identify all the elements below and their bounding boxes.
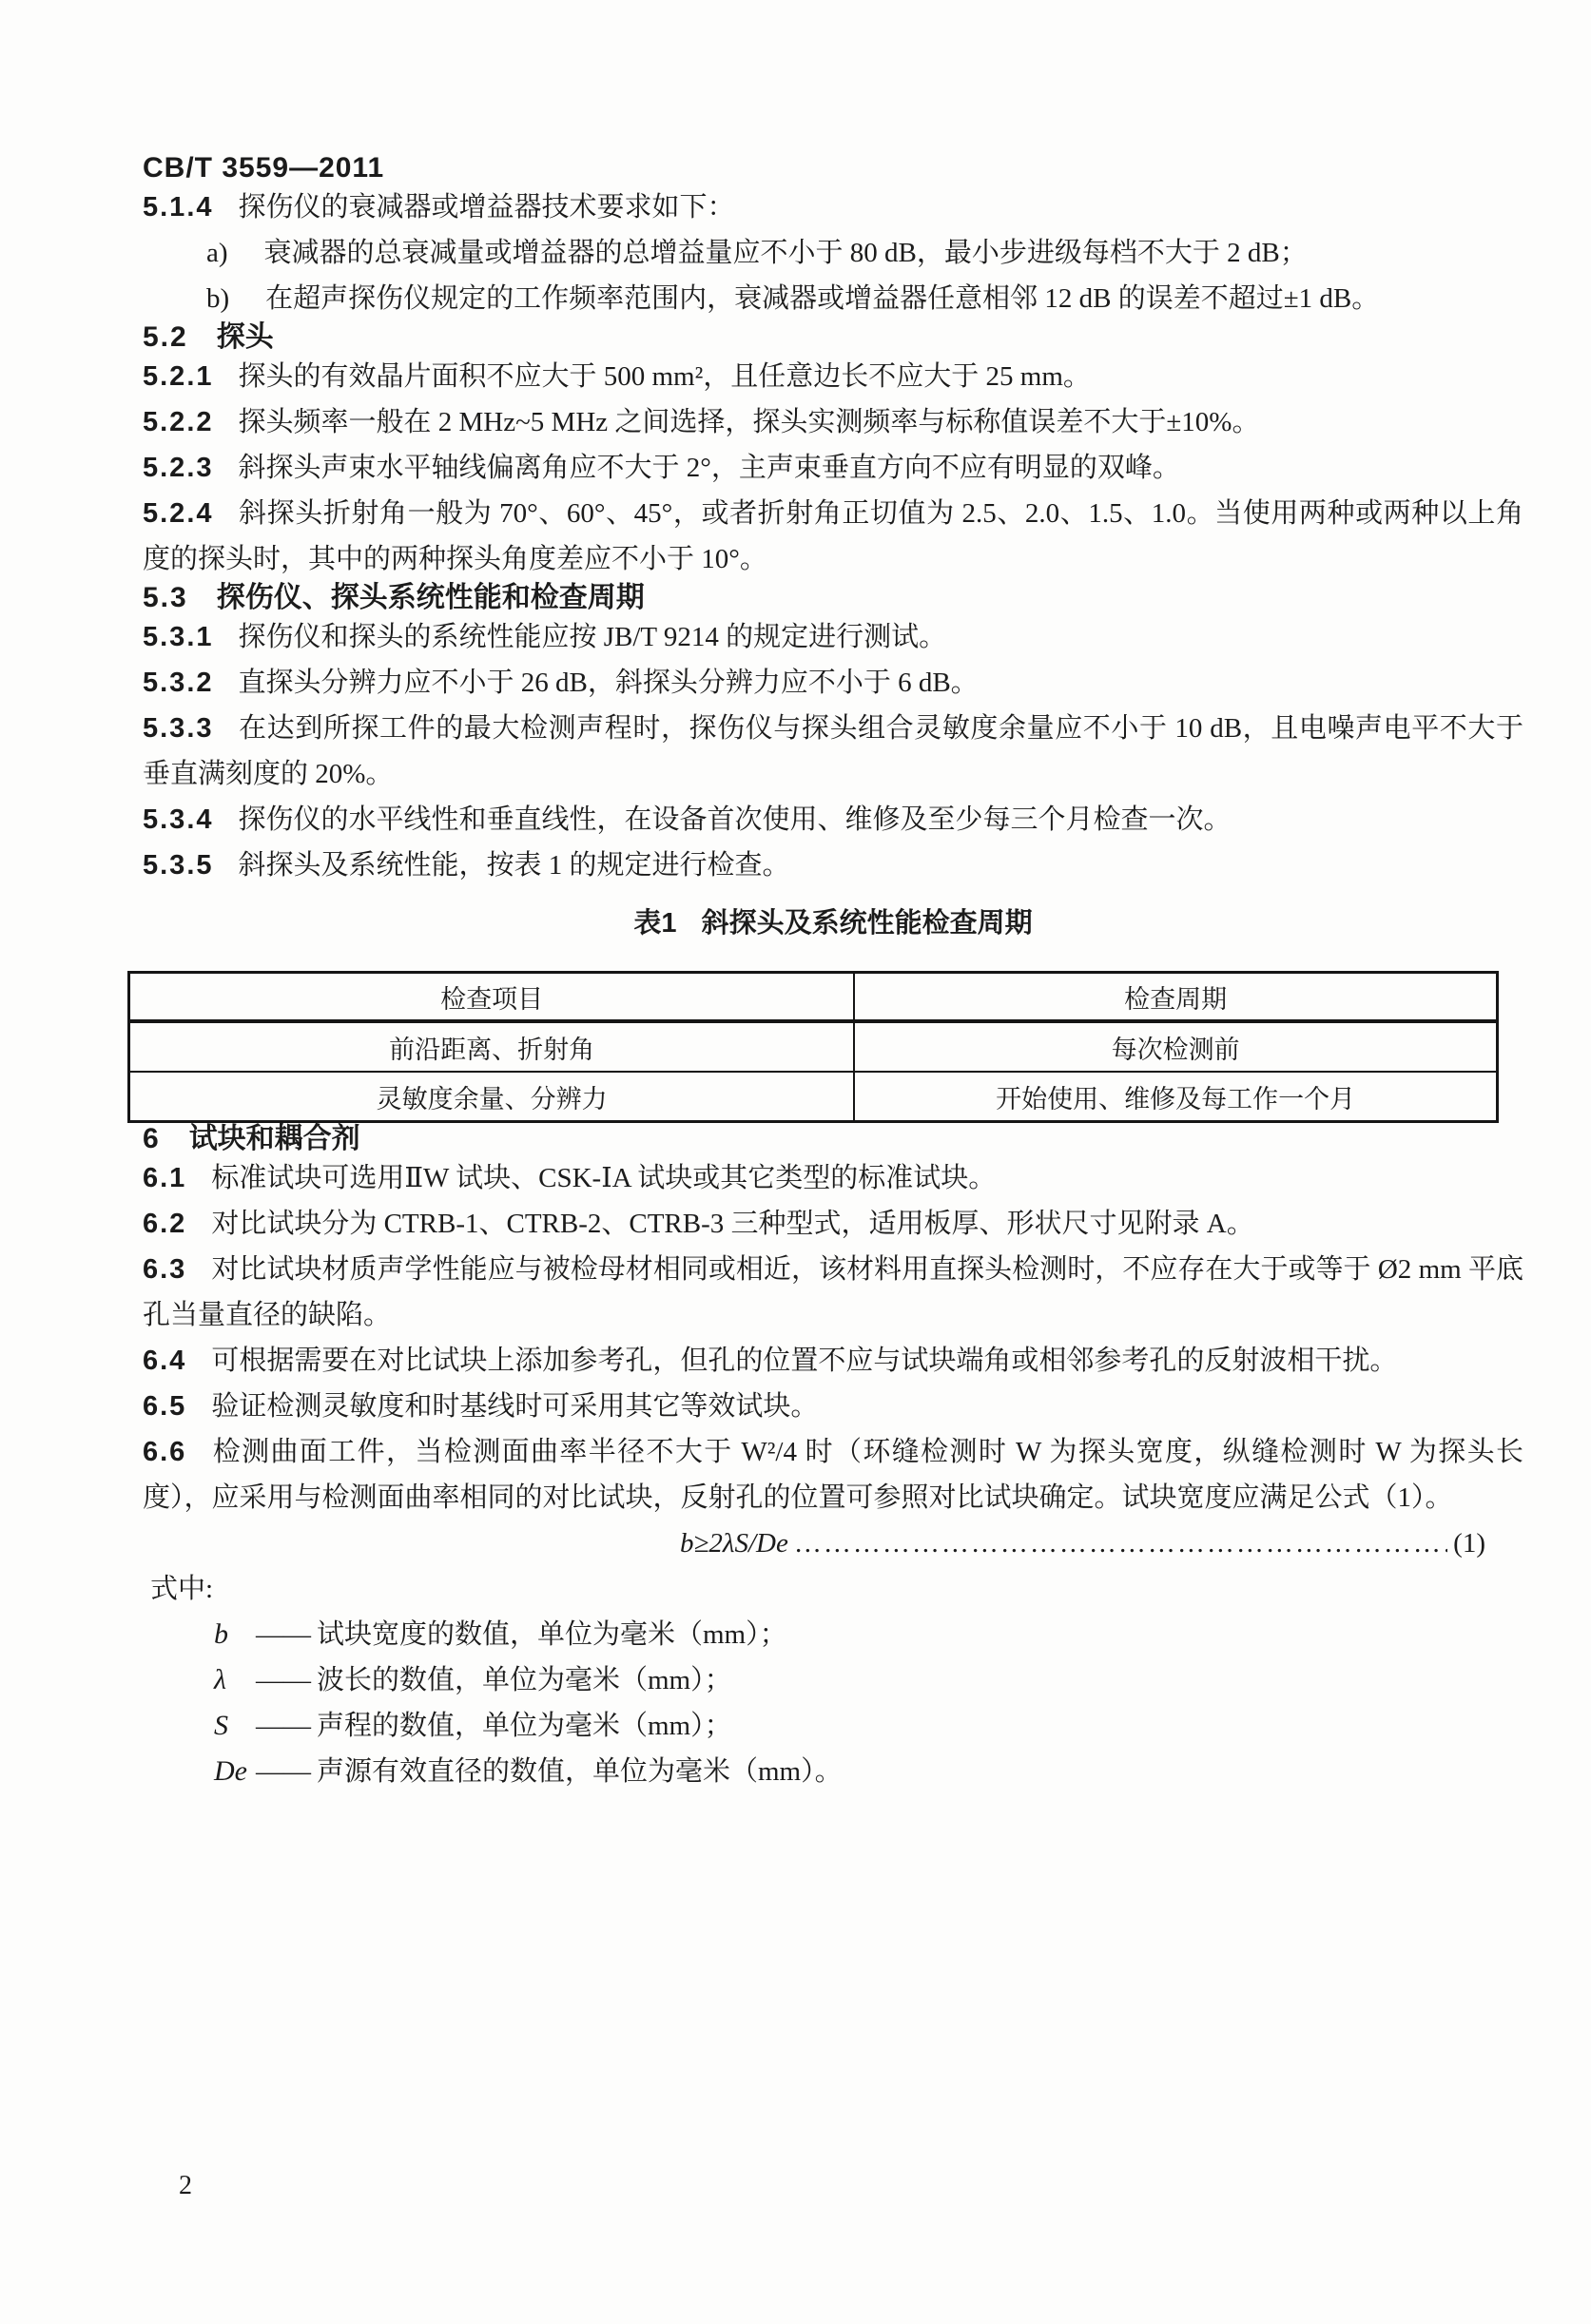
clause-5-2-4: 5.2.4斜探头折射角一般为 70°、60°、45°，或者折射角正切值为 2.5…	[143, 491, 1523, 582]
clause-text: 探头频率一般在 2 MHz~5 MHz 之间选择，探头实测频率与标称值误差不大于…	[239, 407, 1260, 437]
clause-number: 6.2	[143, 1209, 186, 1239]
definition-text: 试块宽度的数值，单位为毫米（mm）；	[317, 1619, 787, 1650]
list-text: 在超声探伤仪规定的工作频率范围内，衰减器或增益器任意相邻 12 dB 的误差不超…	[265, 283, 1379, 314]
clause-5-3-2: 5.3.2直探头分辨力应不小于 26 dB，斜探头分辨力应不小于 6 dB。	[143, 660, 1523, 706]
definition-dash: ——	[256, 1665, 311, 1695]
definition-lambda: λ——波长的数值，单位为毫米（mm）；	[214, 1657, 1523, 1703]
doc-number: CB/T 3559—2011	[143, 152, 1523, 184]
clause-number: 6.4	[143, 1346, 186, 1376]
clause-6-1: 6.1标准试块可选用ⅡW 试块、CSK-ⅠA 试块或其它类型的标准试块。	[143, 1155, 1523, 1201]
definition-dash: ——	[256, 1756, 311, 1787]
formula-where-intro: 式中:	[150, 1566, 1523, 1612]
clause-text: 验证检测灵敏度和时基线时可采用其它等效试块。	[211, 1391, 818, 1422]
table-header-cell: 检查项目	[129, 973, 855, 1022]
clause-number: 5.1.4	[143, 192, 214, 223]
list-label: b)	[206, 283, 229, 314]
clause-5-2-2: 5.2.2探头频率一般在 2 MHz~5 MHz 之间选择，探头实测频率与标称值…	[143, 399, 1523, 445]
heading-number: 5.2	[143, 321, 188, 353]
clause-text: 探伤仪和探头的系统性能应按 JB/T 9214 的规定进行测试。	[239, 622, 947, 652]
clause-number: 5.2.2	[143, 407, 214, 437]
clause-5-3-3: 5.3.3在达到所探工件的最大检测声程时，探伤仪与探头组合灵敏度余量应不小于 1…	[143, 706, 1523, 797]
clause-number: 6.3	[143, 1254, 186, 1285]
heading-number: 6	[143, 1123, 161, 1154]
clause-5-3-4: 5.3.4探伤仪的水平线性和垂直线性，在设备首次使用、维修及至少每三个月检查一次…	[143, 797, 1523, 842]
formula-number: (1)	[1453, 1520, 1485, 1566]
table-row: 前沿距离、折射角 每次检测前	[129, 1021, 1498, 1072]
clause-6-4: 6.4可根据需要在对比试块上添加参考孔，但孔的位置不应与试块端角或相邻参考孔的反…	[143, 1338, 1523, 1384]
table-cell: 灵敏度余量、分辨力	[129, 1072, 855, 1122]
definition-de: De——声源有效直径的数值，单位为毫米（mm）。	[214, 1749, 1523, 1794]
clause-text: 斜探头声束水平轴线偏离角应不大于 2°，主声束垂直方向不应有明显的双峰。	[239, 453, 1180, 483]
clause-text: 探伤仪的水平线性和垂直线性，在设备首次使用、维修及至少每三个月检查一次。	[239, 804, 1232, 835]
formula-1: b≥2λS/De ……………………………………………………………………………………	[680, 1520, 1485, 1566]
table-caption: 表1斜探头及系统性能检查周期	[143, 907, 1523, 939]
definition-symbol: De	[214, 1749, 256, 1794]
page-number: 2	[179, 2171, 192, 2201]
definition-text: 声程的数值，单位为毫米（mm）；	[317, 1711, 732, 1741]
clause-number: 6.6	[143, 1437, 186, 1467]
table-cell: 每次检测前	[854, 1021, 1497, 1072]
clause-6-5: 6.5验证检测灵敏度和时基线时可采用其它等效试块。	[143, 1384, 1523, 1429]
clause-number: 5.3.2	[143, 668, 214, 698]
list-label: a)	[206, 238, 228, 268]
clause-5-3-5: 5.3.5斜探头及系统性能，按表 1 的规定进行检查。	[143, 842, 1523, 888]
clause-text: 对比试块材质声学性能应与被检母材相同或相近，该材料用直探头检测时，不应存在大于或…	[143, 1254, 1523, 1330]
clause-6-3: 6.3对比试块材质声学性能应与被检母材相同或相近，该材料用直探头检测时，不应存在…	[143, 1247, 1523, 1338]
definition-symbol: b	[214, 1612, 256, 1657]
clause-number: 5.3.1	[143, 622, 214, 652]
clause-6-2: 6.2对比试块分为 CTRB-1、CTRB-2、CTRB-3 三种型式，适用板厚…	[143, 1201, 1523, 1247]
list-item-a: a)衰减器的总衰减量或增益器的总增益量应不小于 80 dB，最小步进级每档不大于…	[143, 230, 1523, 276]
clause-number: 5.2.3	[143, 453, 214, 483]
list-text: 衰减器的总衰减量或增益器的总增益量应不小于 80 dB，最小步进级每档不大于 2…	[264, 238, 1308, 268]
formula-expression: b≥2λS/De	[680, 1520, 788, 1566]
clause-number: 5.2.1	[143, 361, 214, 392]
definition-dash: ——	[256, 1619, 311, 1650]
clause-5-2-3: 5.2.3斜探头声束水平轴线偏离角应不大于 2°，主声束垂直方向不应有明显的双峰…	[143, 445, 1523, 491]
formula-dot-leader: …………………………………………………………………………………………	[794, 1520, 1447, 1566]
clause-number: 6.5	[143, 1391, 186, 1422]
table-caption-title: 斜探头及系统性能检查周期	[702, 908, 1033, 939]
table-cell: 前沿距离、折射角	[129, 1021, 855, 1072]
heading-number: 5.3	[143, 582, 188, 613]
clause-text: 斜探头及系统性能，按表 1 的规定进行检查。	[239, 850, 790, 881]
table-header-row: 检查项目 检查周期	[129, 973, 1498, 1022]
page-content: CB/T 3559—2011 5.1.4探伤仪的衰减器或增益器技术要求如下： a…	[143, 152, 1523, 1794]
clause-text: 可根据需要在对比试块上添加参考孔，但孔的位置不应与试块端角或相邻参考孔的反射波相…	[211, 1346, 1397, 1376]
clause-text: 斜探头折射角一般为 70°、60°、45°，或者折射角正切值为 2.5、2.0、…	[143, 498, 1523, 574]
clause-text: 对比试块分为 CTRB-1、CTRB-2、CTRB-3 三种型式，适用板厚、形状…	[211, 1209, 1253, 1239]
clause-text: 探伤仪的衰减器或增益器技术要求如下：	[239, 192, 735, 223]
table-cell: 开始使用、维修及每工作一个月	[854, 1072, 1497, 1122]
clause-text: 检测曲面工件，当检测面曲率半径不大于 W²/4 时（环缝检测时 W 为探头宽度，…	[143, 1437, 1523, 1513]
clause-5-3-1: 5.3.1探伤仪和探头的系统性能应按 JB/T 9214 的规定进行测试。	[143, 614, 1523, 660]
clause-text: 探头的有效晶片面积不应大于 500 mm²，且任意边长不应大于 25 mm。	[239, 361, 1091, 392]
section-heading-6: 6试块和耦合剂	[143, 1123, 1523, 1155]
inspection-cycle-table: 检查项目 检查周期 前沿距离、折射角 每次检测前 灵敏度余量、分辨力 开始使用、…	[127, 971, 1499, 1123]
definition-symbol: λ	[214, 1657, 256, 1703]
section-heading-5-3: 5.3探伤仪、探头系统性能和检查周期	[143, 582, 1523, 614]
section-heading-5-2: 5.2探头	[143, 321, 1523, 354]
heading-title: 探伤仪、探头系统性能和检查周期	[217, 582, 645, 613]
definition-s: S——声程的数值，单位为毫米（mm）；	[214, 1703, 1523, 1749]
heading-title: 试块和耦合剂	[189, 1123, 360, 1154]
definition-text: 声源有效直径的数值，单位为毫米（mm）。	[317, 1756, 843, 1787]
clause-number: 6.1	[143, 1163, 186, 1193]
clause-text: 直探头分辨力应不小于 26 dB，斜探头分辨力应不小于 6 dB。	[239, 668, 979, 698]
clause-number: 5.2.4	[143, 498, 214, 529]
heading-title: 探头	[217, 321, 274, 353]
clause-text: 在达到所探工件的最大检测声程时，探伤仪与探头组合灵敏度余量应不小于 10 dB，…	[143, 713, 1523, 789]
table-caption-number: 表1	[633, 908, 676, 939]
clause-5-2-1: 5.2.1探头的有效晶片面积不应大于 500 mm²，且任意边长不应大于 25 …	[143, 354, 1523, 399]
table-header-cell: 检查周期	[854, 973, 1497, 1022]
clause-number: 5.3.3	[143, 713, 214, 744]
clause-6-6: 6.6检测曲面工件，当检测面曲率半径不大于 W²/4 时（环缝检测时 W 为探头…	[143, 1429, 1523, 1520]
definition-symbol: S	[214, 1703, 256, 1749]
table-row: 灵敏度余量、分辨力 开始使用、维修及每工作一个月	[129, 1072, 1498, 1122]
list-item-b: b)在超声探伤仪规定的工作频率范围内，衰减器或增益器任意相邻 12 dB 的误差…	[143, 276, 1523, 321]
document-page: CB/T 3559—2011 5.1.4探伤仪的衰减器或增益器技术要求如下： a…	[0, 0, 1591, 2324]
definition-b: b——试块宽度的数值，单位为毫米（mm）；	[214, 1612, 1523, 1657]
definition-text: 波长的数值，单位为毫米（mm）；	[317, 1665, 732, 1695]
clause-5-1-4: 5.1.4探伤仪的衰减器或增益器技术要求如下：	[143, 184, 1523, 230]
clause-text: 标准试块可选用ⅡW 试块、CSK-ⅠA 试块或其它类型的标准试块。	[211, 1163, 996, 1193]
clause-number: 5.3.5	[143, 850, 214, 881]
definition-dash: ——	[256, 1711, 311, 1741]
clause-number: 5.3.4	[143, 804, 214, 835]
